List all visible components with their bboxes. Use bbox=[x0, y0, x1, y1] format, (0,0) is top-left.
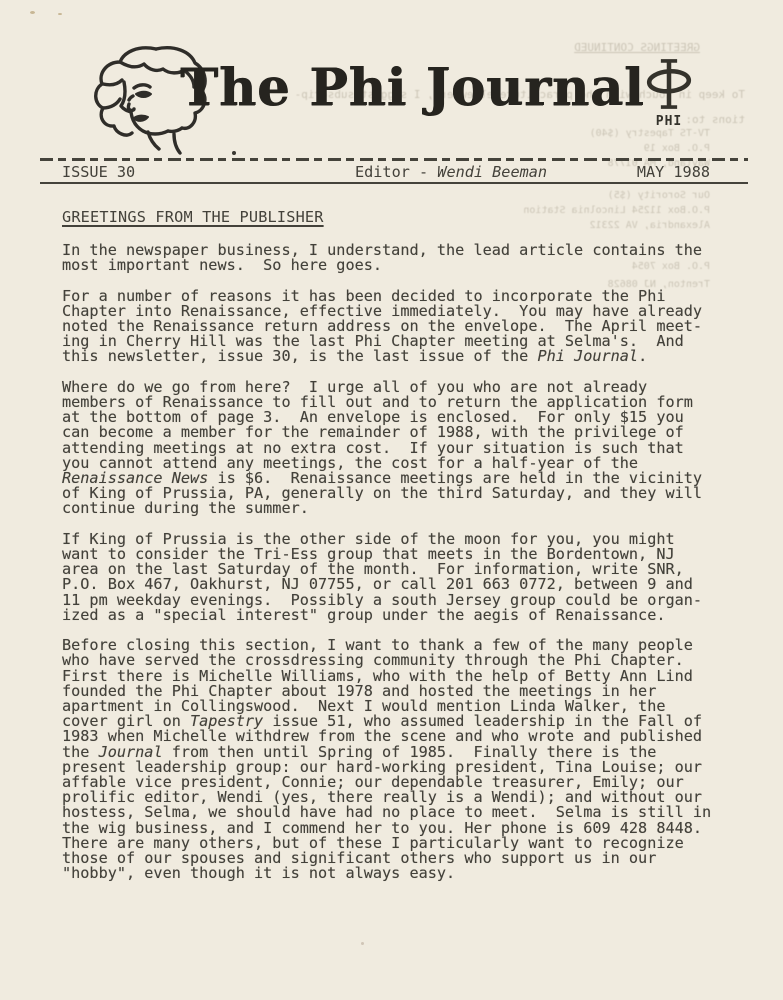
article-heading: GREETINGS FROM THE PUBLISHER bbox=[62, 208, 742, 226]
scan-speck bbox=[361, 942, 364, 945]
bleedthrough-text: GREETINGS CONTINUED bbox=[505, 40, 700, 55]
issue-info-row: ISSUE 30 Editor - Wendi Beeman MAY 1988 bbox=[40, 162, 748, 184]
scan-speck bbox=[30, 11, 35, 14]
dashed-rule bbox=[40, 158, 748, 161]
phi-symbol-icon bbox=[638, 56, 700, 112]
editor-credit: Editor - Wendi Beeman bbox=[355, 163, 547, 181]
scan-speck bbox=[58, 13, 62, 15]
issue-number: ISSUE 30 bbox=[62, 163, 135, 181]
article-body: GREETINGS FROM THE PUBLISHER In the news… bbox=[62, 208, 742, 897]
article-paragraph-5: Before closing this section, I want to t… bbox=[62, 638, 742, 881]
article-paragraph-3: Where do we go from here? I urge all of … bbox=[62, 380, 742, 517]
article-paragraph-2: For a number of reasons it has been deci… bbox=[62, 289, 742, 365]
newsletter-page: GREETINGS CONTINUED To keep in touch wit… bbox=[0, 0, 783, 1000]
editor-name: Wendi Beeman bbox=[437, 163, 547, 181]
article-paragraph-4: If King of Prussia is the other side of … bbox=[62, 532, 742, 623]
phi-logo-label: PHI bbox=[638, 114, 700, 129]
phi-logo: PHI bbox=[638, 56, 700, 129]
article-paragraph-1: In the newspaper business, I understand,… bbox=[62, 243, 742, 273]
issue-date: MAY 1988 bbox=[637, 163, 710, 181]
editor-label: Editor - bbox=[355, 163, 437, 181]
newsletter-title: The Phi Journal bbox=[180, 60, 620, 116]
ink-dot-artifact bbox=[232, 151, 236, 155]
